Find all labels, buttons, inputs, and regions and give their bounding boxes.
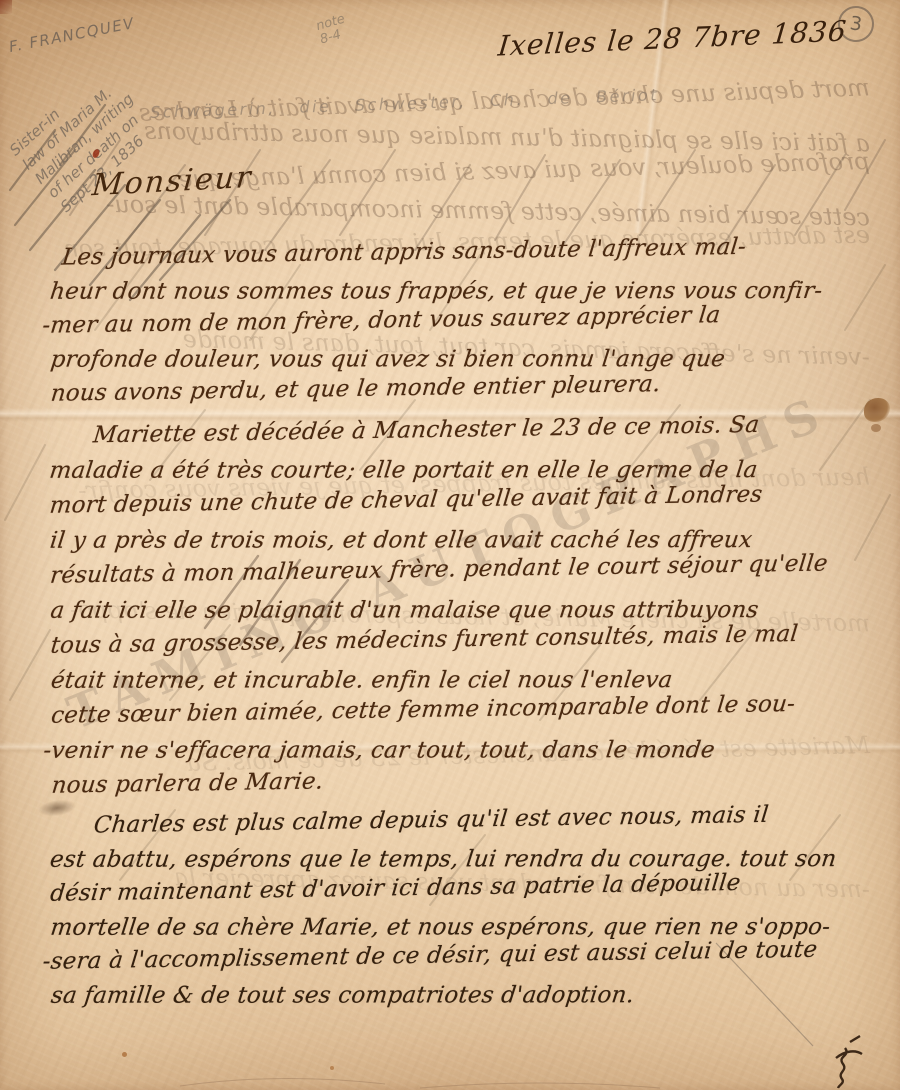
- letter-dateline: Ixelles le 28 7bre 1836: [497, 14, 849, 62]
- letter-salutation: Monsieur: [91, 160, 254, 204]
- corner-ink-stain: [0, 0, 12, 14]
- page-number: 3: [848, 12, 863, 35]
- ink-flourish-mark: [836, 1036, 862, 1088]
- paper-speck: [122, 1052, 127, 1057]
- letter-paragraph-1: Les journaux vous auront appris sans-dou…: [49, 239, 822, 414]
- handwritten-line: Charles est plus calme depuis qu'il est …: [92, 801, 838, 847]
- code-pencil-note: note 8-4: [315, 13, 351, 48]
- handwritten-line: Mariette est décédée à Manchester le 23 …: [91, 411, 828, 458]
- letter-paragraph-2: Mariette est décédée à Manchester le 23 …: [49, 417, 829, 807]
- letter-scan-page: mort depuis une chute de cheval qu'elle …: [0, 0, 900, 1090]
- collector-name-annotation: F. FRANCQUEV: [7, 14, 136, 56]
- brown-stain: [864, 398, 890, 422]
- handwritten-line: sa famille & de tout ses compatriotes d'…: [49, 982, 839, 1017]
- handwritten-line: Les journaux vous auront appris sans-dou…: [60, 233, 824, 279]
- brown-stain-small: [871, 424, 881, 432]
- letter-paragraph-3: Charles est plus calme depuis qu'il est …: [49, 807, 837, 1016]
- bottom-crease-curve: [180, 1078, 660, 1088]
- german-pencil-note: Schwägerin, die Schwester, Ch. de Bériot: [150, 85, 659, 122]
- paper-speck: [330, 1066, 334, 1070]
